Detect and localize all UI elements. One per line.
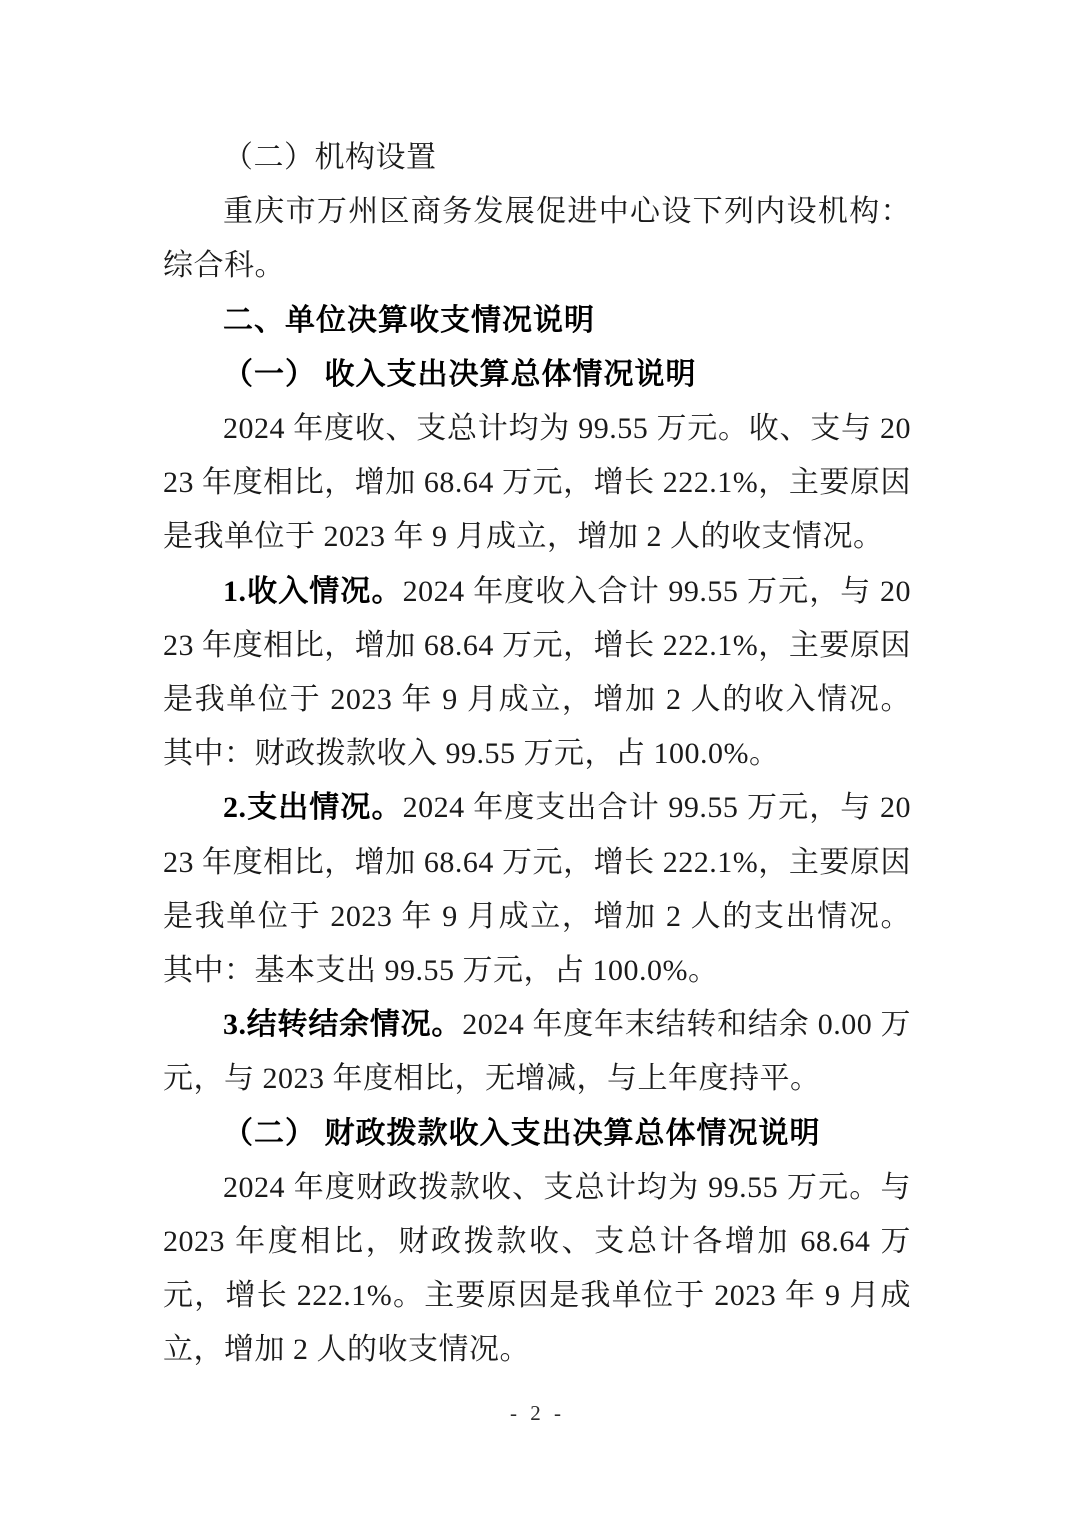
section-heading-budget-overview: 二、单位决算收支情况说明 xyxy=(163,294,911,348)
paragraph-expense-lead: 2.支出情况。 xyxy=(223,791,403,824)
paragraph-fiscal-appropriation-detail: 2024 年度财政拨款收、支总计均为 99.55 万元。与 2023 年度相比，… xyxy=(163,1161,911,1378)
paragraph-income-detail: 1.收入情况。2024 年度收入合计 99.55 万元，与 2023 年度相比，… xyxy=(163,565,911,782)
subheading-fiscal-appropriation-overview: （二） 财政拨款收入支出决算总体情况说明 xyxy=(163,1107,911,1161)
page-number: - 2 - xyxy=(0,1398,1075,1428)
subheading-income-expense-overview: （一） 收入支出决算总体情况说明 xyxy=(163,348,911,402)
subheading-org-setup: （二）机构设置 xyxy=(163,131,911,185)
paragraph-expense-detail: 2.支出情况。2024 年度支出合计 99.55 万元，与 2023 年度相比，… xyxy=(163,781,911,998)
document-body: （二）机构设置 重庆市万州区商务发展促进中心设下列内设机构：综合科。 二、单位决… xyxy=(163,131,911,1378)
paragraph-income-lead: 1.收入情况。 xyxy=(223,575,403,608)
paragraph-org-setup-detail: 重庆市万州区商务发展促进中心设下列内设机构：综合科。 xyxy=(163,185,911,293)
paragraph-carryover-lead: 3.结转结余情况。 xyxy=(223,1008,462,1041)
document-page: （二）机构设置 重庆市万州区商务发展促进中心设下列内设机构：综合科。 二、单位决… xyxy=(0,0,1075,1520)
paragraph-total-income-expense: 2024 年度收、支总计均为 99.55 万元。收、支与 2023 年度相比，增… xyxy=(163,402,911,565)
paragraph-carryover-detail: 3.结转结余情况。2024 年度年末结转和结余 0.00 万元，与 2023 年… xyxy=(163,998,911,1106)
